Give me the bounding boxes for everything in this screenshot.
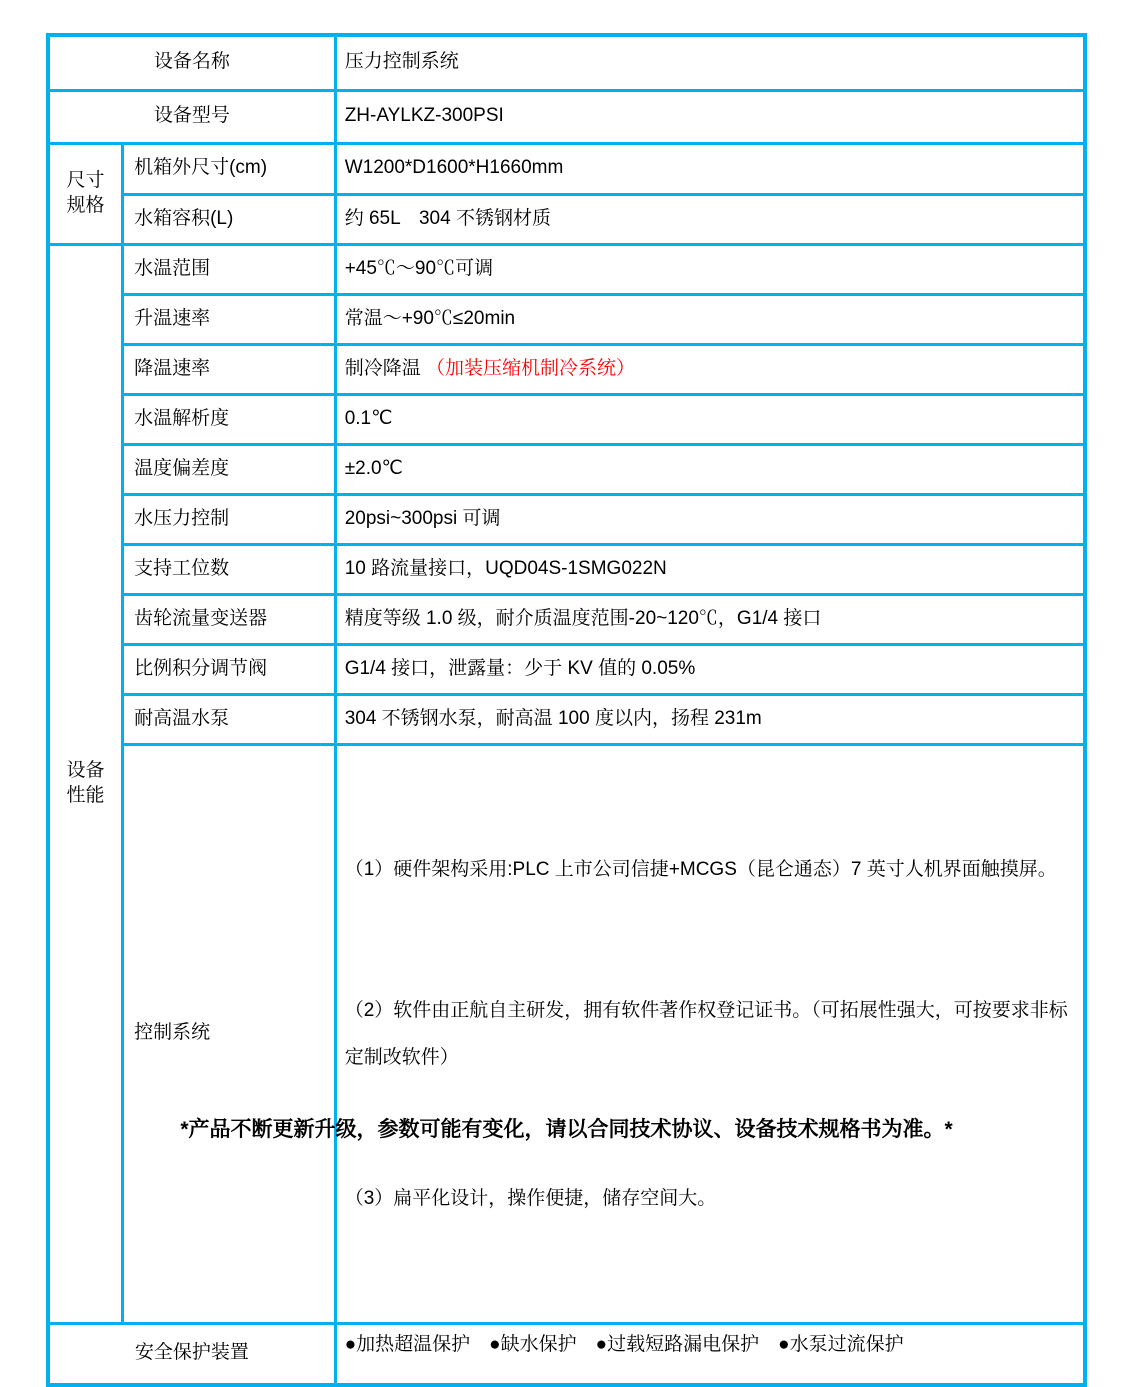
safety-devices-label: 安全保护装置 <box>48 1323 335 1385</box>
table-row: 水压力控制 20psi~300psi 可调 <box>48 494 1085 544</box>
device-model-value: ZH-AYLKZ-300PSI <box>335 90 1085 143</box>
temp-deviation-value: ±2.0℃ <box>335 444 1085 494</box>
performance-group-label: 设备 性能 <box>48 244 123 1323</box>
water-temp-range-value: +45℃～90℃可调 <box>335 244 1085 294</box>
cabinet-size-value: W1200*D1600*H1660mm <box>335 143 1085 194</box>
heating-rate-value: 常温～+90℃≤20min <box>335 294 1085 344</box>
table-row: 设备 性能 水温范围 +45℃～90℃可调 <box>48 244 1085 294</box>
temp-resolution-value: 0.1℃ <box>335 394 1085 444</box>
disclaimer-note: *产品不断更新升级，参数可能有变化，请以合同技术协议、设备技术规格书为准。* <box>46 1113 1087 1143</box>
water-pump-key: 耐高温水泵 <box>123 694 336 744</box>
device-name-label: 设备名称 <box>48 35 335 90</box>
tank-capacity-value: 约 65L 304 不锈钢材质 <box>335 194 1085 244</box>
table-row: 设备型号 ZH-AYLKZ-300PSI <box>48 90 1085 143</box>
cooling-rate-black-text: 制冷降温 <box>345 358 426 379</box>
table-row: 支持工位数 10 路流量接口，UQD04S-1SMG022N <box>48 544 1085 594</box>
control-system-paragraph-1: （1）硬件架构采用:PLC 上市公司信捷+MCGS（昆仑通态）7 英寸人机界面触… <box>345 846 1075 893</box>
size-spec-group-label: 尺寸 规格 <box>48 143 123 244</box>
table-row: 设备名称 压力控制系统 <box>48 35 1085 90</box>
control-system-key: 控制系统 <box>123 744 336 1323</box>
cooling-rate-red-note: （加装压缩机制冷系统） <box>426 358 635 379</box>
table-row: 耐高温水泵 304 不锈钢水泵，耐高温 100 度以内，扬程 231m <box>48 694 1085 744</box>
control-system-paragraph-2: （2）软件由正航自主研发，拥有软件著作权登记证书。（可拓展性强大，可按要求非标定… <box>345 987 1075 1081</box>
water-pressure-value: 20psi~300psi 可调 <box>335 494 1085 544</box>
control-valve-value: G1/4 接口，泄露量：少于 KV 值的 0.05% <box>335 644 1085 694</box>
device-model-label: 设备型号 <box>48 90 335 143</box>
table-row: 温度偏差度 ±2.0℃ <box>48 444 1085 494</box>
control-system-value: （1）硬件架构采用:PLC 上市公司信捷+MCGS（昆仑通态）7 英寸人机界面触… <box>335 744 1085 1323</box>
table-row: 控制系统 （1）硬件架构采用:PLC 上市公司信捷+MCGS（昆仑通态）7 英寸… <box>48 744 1085 1323</box>
cooling-rate-value: 制冷降温 （加装压缩机制冷系统） <box>335 344 1085 394</box>
control-valve-key: 比例积分调节阀 <box>123 644 336 694</box>
safety-devices-value: ●加热超温保护 ●缺水保护 ●过载短路漏电保护 ●水泵过流保护 <box>335 1323 1085 1385</box>
station-count-key: 支持工位数 <box>123 544 336 594</box>
temp-resolution-key: 水温解析度 <box>123 394 336 444</box>
water-pump-value: 304 不锈钢水泵，耐高温 100 度以内，扬程 231m <box>335 694 1085 744</box>
table-row: 水箱容积(L) 约 65L 304 不锈钢材质 <box>48 194 1085 244</box>
water-temp-range-key: 水温范围 <box>123 244 336 294</box>
table-row: 水温解析度 0.1℃ <box>48 394 1085 444</box>
station-count-value: 10 路流量接口，UQD04S-1SMG022N <box>335 544 1085 594</box>
cooling-rate-key: 降温速率 <box>123 344 336 394</box>
table-row: 齿轮流量变送器 精度等级 1.0 级，耐介质温度范围-20~120℃，G1/4 … <box>48 594 1085 644</box>
flow-transmitter-value: 精度等级 1.0 级，耐介质温度范围-20~120℃，G1/4 接口 <box>335 594 1085 644</box>
table-row: 升温速率 常温～+90℃≤20min <box>48 294 1085 344</box>
cabinet-size-key: 机箱外尺寸(cm) <box>123 143 336 194</box>
water-pressure-key: 水压力控制 <box>123 494 336 544</box>
table-row: 比例积分调节阀 G1/4 接口，泄露量：少于 KV 值的 0.05% <box>48 644 1085 694</box>
table-row: 降温速率 制冷降温 （加装压缩机制冷系统） <box>48 344 1085 394</box>
temp-deviation-key: 温度偏差度 <box>123 444 336 494</box>
table-row: 安全保护装置 ●加热超温保护 ●缺水保护 ●过载短路漏电保护 ●水泵过流保护 <box>48 1323 1085 1385</box>
device-name-value: 压力控制系统 <box>335 35 1085 90</box>
tank-capacity-key: 水箱容积(L) <box>123 194 336 244</box>
table-row: 尺寸 规格 机箱外尺寸(cm) W1200*D1600*H1660mm <box>48 143 1085 194</box>
flow-transmitter-key: 齿轮流量变送器 <box>123 594 336 644</box>
control-system-paragraph-3: （3）扁平化设计，操作便捷，储存空间大。 <box>345 1175 1075 1222</box>
heating-rate-key: 升温速率 <box>123 294 336 344</box>
equipment-spec-table: 设备名称 压力控制系统 设备型号 ZH-AYLKZ-300PSI 尺寸 规格 机… <box>46 33 1087 1387</box>
